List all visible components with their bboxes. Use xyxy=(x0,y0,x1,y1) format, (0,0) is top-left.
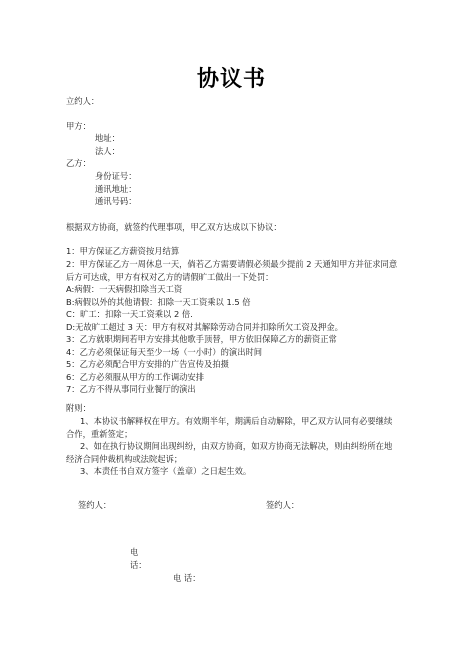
appendix-line: 合作，重新签定； xyxy=(66,429,132,440)
clause-line: C：旷工：扣除一天工资乘以 2 倍. xyxy=(66,309,193,320)
appendix-label: 附则： xyxy=(66,403,91,414)
party-b-id-field: 身份证号： xyxy=(95,171,137,182)
clause-line: 5：乙方必须配合甲方安排的广告宣传及拍摄 xyxy=(66,359,229,370)
party-a-label: 甲方： xyxy=(66,121,91,132)
clause-line: B:病假以外的其他请假：扣除一天工资乘以 1.5 倍 xyxy=(66,297,251,308)
clause-line: 2：甲方保证乙方一周休息一天，倘若乙方需要请假必须最少提前 2 天通知甲方并征求… xyxy=(66,259,397,270)
clause-line: 6：乙方必须服从甲方的工作调动安排 xyxy=(66,372,204,383)
clause-line: 4：乙方必须保证每天至少一场（一小时）的演出时间 xyxy=(66,347,262,358)
clause-line: 7：乙方不得从事同行业餐厅的演出 xyxy=(66,384,196,395)
party-a-address-field: 地址： xyxy=(95,133,120,144)
signatory-right-label: 签约人： xyxy=(266,500,299,511)
preamble: 根据双方协商，就签约代理事项，甲乙双方达成以下协议： xyxy=(66,222,282,233)
party-b-mail-address-field: 通讯地址： xyxy=(95,184,137,195)
party-b-label: 乙方： xyxy=(66,158,91,169)
clause-line: 1：甲方保证乙方薪资按月结算 xyxy=(66,246,179,257)
appendix-line: 2、如在执行协议期间出现纠纷，由双方协商，如双方协商无法解决，则由纠纷所在地 xyxy=(80,441,392,452)
appendix-line: 1、本协议书解释权在甲方。有效期半年，期满后自动解除，甲乙双方认同有必要继续 xyxy=(80,416,392,427)
appendix-line: 经济合同仲裁机构或法院起诉； xyxy=(66,454,182,465)
phone-left-label-part2: 话： xyxy=(130,560,147,571)
document-page: 协议书 立约人： 甲方： 地址： 法人： 乙方： 身份证号： 通讯地址： 通讯号… xyxy=(0,0,463,655)
clause-line: A:病假：一天病假扣除当天工资 xyxy=(66,284,182,295)
principal-label: 立约人： xyxy=(66,96,99,107)
clause-line: 后方可达成，甲方有权对乙方的请假旷工做出一下处罚： xyxy=(66,272,273,283)
phone-right-label: 电 话： xyxy=(173,573,201,584)
signatory-left-label: 签约人： xyxy=(78,500,111,511)
appendix-line: 3、本责任书自双方签字（盖章）之日起生效。 xyxy=(80,466,251,477)
clause-line: 3：乙方就职期间若甲方安排其他歌手顶替，甲方依旧保障乙方的薪资正常 xyxy=(66,334,337,345)
party-b-phone-field: 通讯号码： xyxy=(95,196,137,207)
document-title: 协议书 xyxy=(0,62,463,93)
clause-line: D:无故旷工超过 3 天：甲方有权对其解除劳动合同并扣除所欠工资及押金。 xyxy=(66,322,343,333)
party-a-legal-person-field: 法人： xyxy=(95,146,120,157)
phone-left-label-part1: 电 xyxy=(130,547,138,558)
